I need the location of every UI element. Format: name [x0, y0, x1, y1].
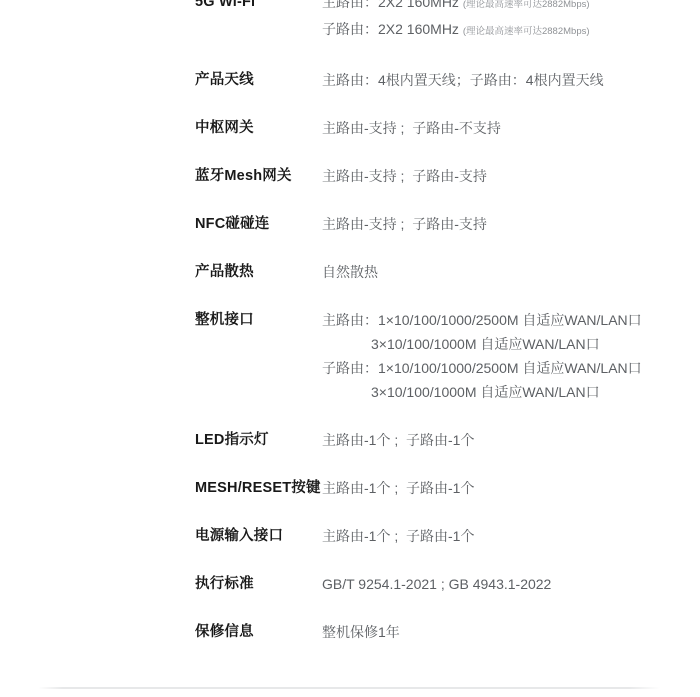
spec-label: 产品天线 [195, 68, 322, 92]
spec-value: 主路由-支持 ; 子路由-支持 [322, 164, 682, 188]
spec-value-text: 主路由-1个 ; 子路由-1个 [322, 432, 474, 448]
spec-label: 蓝牙Mesh网关 [195, 164, 322, 188]
spec-label: NFC碰碰连 [195, 212, 322, 236]
spec-value: GB/T 9254.1-2021 ; GB 4943.1-2022 [322, 572, 682, 596]
spec-value-line: 主路由-1个 ; 子路由-1个 [322, 524, 682, 548]
spec-value-line: 主路由-支持 ; 子路由-不支持 [322, 116, 682, 140]
spec-value-note: (理论最高速率可达2882Mbps) [463, 0, 590, 10]
spec-label: 中枢网关 [195, 116, 322, 140]
spec-value-line: 3×10/100/1000M 自适应WAN/LAN口 [322, 380, 682, 404]
spec-value-line: 主路由-1个 ; 子路由-1个 [322, 476, 682, 500]
spec-value: 主路由-1个 ; 子路由-1个 [322, 428, 682, 452]
spec-value-line: GB/T 9254.1-2021 ; GB 4943.1-2022 [322, 572, 682, 596]
spec-value: 主路由-1个 ; 子路由-1个 [322, 524, 682, 548]
spec-label: 保修信息 [195, 620, 322, 644]
spec-row: MESH/RESET按键主路由-1个 ; 子路由-1个 [195, 476, 682, 500]
spec-value: 主路由：1×10/100/1000/2500M 自适应WAN/LAN口3×10/… [322, 308, 682, 404]
spec-value: 自然散热 [322, 260, 682, 284]
spec-label: 5G Wi-Fi [195, 0, 322, 14]
spec-value-text: 3×10/100/1000M 自适应WAN/LAN口 [371, 384, 600, 400]
spec-value-line: 3×10/100/1000M 自适应WAN/LAN口 [322, 332, 682, 356]
spec-row: 电源输入接口主路由-1个 ; 子路由-1个 [195, 524, 682, 548]
spec-label: 电源输入接口 [195, 524, 322, 548]
spec-label: 整机接口 [195, 308, 322, 332]
spec-value-line: 主路由：4根内置天线；子路由：4根内置天线 [322, 68, 682, 92]
spec-row: 中枢网关主路由-支持 ; 子路由-不支持 [195, 116, 682, 140]
spec-value-text: 主路由-支持 ; 子路由-支持 [322, 216, 487, 232]
spec-row: 蓝牙Mesh网关主路由-支持 ; 子路由-支持 [195, 164, 682, 188]
spec-value-text: 子路由：1×10/100/1000/2500M 自适应WAN/LAN口 [322, 360, 642, 376]
spec-value: 主路由-支持 ; 子路由-支持 [322, 212, 682, 236]
spec-row: LED指示灯主路由-1个 ; 子路由-1个 [195, 428, 682, 452]
spec-row: 产品天线主路由：4根内置天线；子路由：4根内置天线 [195, 68, 682, 92]
spec-row: NFC碰碰连主路由-支持 ; 子路由-支持 [195, 212, 682, 236]
spec-row: 执行标准GB/T 9254.1-2021 ; GB 4943.1-2022 [195, 572, 682, 596]
spec-value-line: 整机保修1年 [322, 620, 682, 644]
spec-value: 主路由-1个 ; 子路由-1个 [322, 476, 682, 500]
spec-value-text: 主路由：1×10/100/1000/2500M 自适应WAN/LAN口 [322, 312, 642, 328]
spec-value: 主路由-支持 ; 子路由-不支持 [322, 116, 682, 140]
spec-value-line: 子路由：2X2 160MHz (理论最高速率可达2882Mbps) [322, 17, 682, 44]
spec-row: 整机接口主路由：1×10/100/1000/2500M 自适应WAN/LAN口3… [195, 308, 682, 404]
spec-value: 整机保修1年 [322, 620, 682, 644]
spec-value-text: GB/T 9254.1-2021 ; GB 4943.1-2022 [322, 576, 551, 592]
spec-value-text: 主路由：4根内置天线；子路由：4根内置天线 [322, 72, 604, 88]
spec-value-line: 自然散热 [322, 260, 682, 284]
spec-label: 产品散热 [195, 260, 322, 284]
spec-row: 保修信息整机保修1年 [195, 620, 682, 644]
spec-value-text: 主路由：2X2 160MHz [322, 0, 459, 10]
spec-value-line: 主路由-支持 ; 子路由-支持 [322, 212, 682, 236]
spec-value-line: 主路由-1个 ; 子路由-1个 [322, 428, 682, 452]
spec-value-note: (理论最高速率可达2882Mbps) [463, 26, 590, 37]
spec-value-text: 主路由-1个 ; 子路由-1个 [322, 480, 474, 496]
bottom-divider [38, 687, 660, 689]
spec-value-text: 子路由：2X2 160MHz [322, 21, 459, 37]
spec-value-line: 主路由：1×10/100/1000/2500M 自适应WAN/LAN口 [322, 308, 682, 332]
spec-value-text: 主路由-1个 ; 子路由-1个 [322, 528, 474, 544]
spec-value-line: 主路由-支持 ; 子路由-支持 [322, 164, 682, 188]
spec-row: 5G Wi-Fi主路由：2X2 160MHz (理论最高速率可达2882Mbps… [195, 0, 682, 44]
spec-table: 5G Wi-Fi主路由：2X2 160MHz (理论最高速率可达2882Mbps… [195, 0, 682, 668]
spec-row: 产品散热自然散热 [195, 260, 682, 284]
spec-value: 主路由：4根内置天线；子路由：4根内置天线 [322, 68, 682, 92]
spec-value: 主路由：2X2 160MHz (理论最高速率可达2882Mbps)子路由：2X2… [322, 0, 682, 44]
spec-label: MESH/RESET按键 [195, 476, 322, 500]
spec-label: 执行标准 [195, 572, 322, 596]
spec-value-text: 整机保修1年 [322, 624, 400, 640]
spec-value-line: 主路由：2X2 160MHz (理论最高速率可达2882Mbps) [322, 0, 682, 17]
spec-value-text: 自然散热 [322, 264, 378, 280]
spec-value-text: 主路由-支持 ; 子路由-不支持 [322, 120, 501, 136]
spec-value-text: 3×10/100/1000M 自适应WAN/LAN口 [371, 336, 600, 352]
spec-label: LED指示灯 [195, 428, 322, 452]
spec-value-text: 主路由-支持 ; 子路由-支持 [322, 168, 487, 184]
spec-value-line: 子路由：1×10/100/1000/2500M 自适应WAN/LAN口 [322, 356, 682, 380]
